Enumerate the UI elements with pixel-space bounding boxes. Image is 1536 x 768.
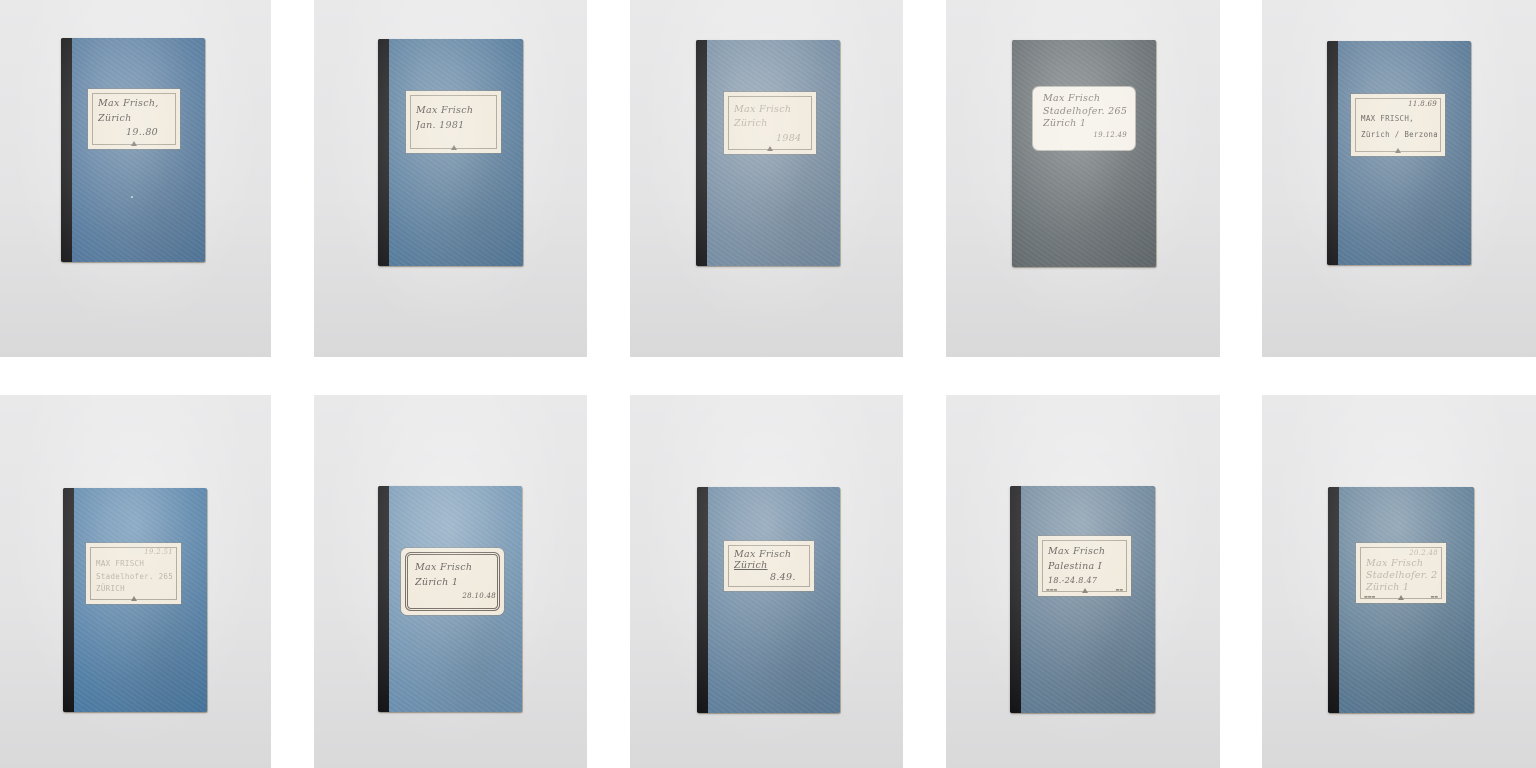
label-line: Zürich / Berzona [1361, 129, 1437, 141]
notebook-label: Max Frisch Zürich 8.49. [724, 541, 814, 591]
label-date: 11.8.69 [1361, 100, 1437, 109]
label-date: 20.2.48 [1366, 549, 1438, 557]
label-footer: ▬▬▬▬▬ [1046, 587, 1123, 592]
label-line: Palestina I [1048, 561, 1123, 573]
publisher-logo-icon [1395, 148, 1401, 153]
label-line: Max Frisch [734, 104, 808, 115]
notebook-label: 11.8.69 MAX FRISCH, Zürich / Berzona [1351, 94, 1445, 156]
notebook-cover: 11.8.69 MAX FRISCH, Zürich / Berzona [1327, 41, 1471, 265]
label-line: 1984 [734, 133, 808, 144]
notebook-cover: 20.2.48 Max Frisch Stadelhofer. 265 Züri… [1328, 487, 1474, 713]
photo-panel-6: 19.2.51 MAX FRISCH Stadelhofer. 265 ZÜRI… [0, 395, 271, 768]
notebook-spine [696, 40, 707, 266]
label-footer: ▬▬▬▬▬ [1364, 594, 1438, 599]
photo-panel-1: Max Frisch, Zürich 19..80 [0, 0, 271, 357]
notebook-cover: Max Frisch Palestina I 18.-24.8.47 ▬▬▬▬▬ [1010, 486, 1155, 713]
notebook-spine [697, 487, 708, 713]
notebook-label: 19.2.51 MAX FRISCH Stadelhofer. 265 ZÜRI… [86, 543, 181, 604]
notebook-label: Max Frisch Zürich 1 28.10.48 [401, 548, 504, 615]
label-line: Zürich 1 [1043, 118, 1127, 130]
notebook-spine [1327, 41, 1338, 265]
notebook-cover: Max Frisch Zürich 8.49. [697, 487, 840, 713]
notebook-label: Max Frisch Palestina I 18.-24.8.47 ▬▬▬▬▬ [1038, 536, 1131, 596]
label-date: 19.12.49 [1043, 131, 1127, 140]
label-line: MAX FRISCH [96, 558, 173, 569]
label-line: Stadelhofer. 265 [1043, 106, 1127, 118]
notebook-label: Max Frisch, Zürich 19..80 [88, 89, 180, 149]
notebook-label: 20.2.48 Max Frisch Stadelhofer. 265 Züri… [1356, 543, 1446, 603]
notebook-spine [63, 488, 74, 712]
label-line: Max Frisch [1048, 546, 1123, 558]
label-line: Jan. 1981 [416, 120, 493, 132]
label-line: Zürich [734, 118, 808, 129]
notebook-spine [61, 38, 72, 262]
notebook-spine [1328, 487, 1339, 713]
label-date: 19.2.51 [96, 548, 173, 556]
label-date: 28.10.48 [415, 592, 496, 601]
label-line: Max Frisch, [98, 98, 172, 110]
photo-panel-9: Max Frisch Palestina I 18.-24.8.47 ▬▬▬▬▬ [946, 395, 1220, 768]
label-line: 18.-24.8.47 [1048, 576, 1123, 585]
notebook-spine [378, 486, 389, 712]
notebook-cover: Max Frisch Jan. 1981 [378, 39, 523, 266]
notebook-spine [378, 39, 389, 266]
photo-panel-3: Max Frisch Zürich 1984 [630, 0, 903, 357]
label-line: Stadelhofer. 265 [96, 571, 173, 582]
notebook-label: Max Frisch Zürich 1984 [724, 92, 816, 154]
label-line: 8.49. [734, 572, 806, 581]
label-line: Zürich [734, 560, 806, 569]
label-line: ZÜRICH [96, 583, 173, 594]
notebook-cover: Max Frisch, Zürich 19..80 [61, 38, 205, 262]
label-line: MAX FRISCH, [1361, 113, 1437, 125]
photo-panel-8: Max Frisch Zürich 8.49. [630, 395, 903, 768]
notebook-cover: Max Frisch Stadelhofer. 265 Zürich 1 19.… [1012, 40, 1156, 267]
publisher-logo-icon [767, 146, 773, 151]
notebook-cover: 19.2.51 MAX FRISCH Stadelhofer. 265 ZÜRI… [63, 488, 207, 712]
label-line: Stadelhofer. 265 [1366, 570, 1438, 581]
publisher-logo-icon [131, 141, 137, 146]
photo-panel-2: Max Frisch Jan. 1981 [314, 0, 587, 357]
label-line: Zürich 1 [415, 577, 496, 589]
label-line: Zürich [98, 113, 172, 125]
photo-panel-7: Max Frisch Zürich 1 28.10.48 [314, 395, 587, 768]
notebook-label: Max Frisch Stadelhofer. 265 Zürich 1 19.… [1033, 87, 1135, 150]
notebook-spine [1010, 486, 1021, 713]
label-line: Max Frisch [415, 562, 496, 574]
label-line: Max Frisch [1043, 93, 1127, 105]
notebook-cover: Max Frisch Zürich 1 28.10.48 [378, 486, 522, 712]
notebook-cover: Max Frisch Zürich 1984 [696, 40, 840, 266]
photo-panel-10: 20.2.48 Max Frisch Stadelhofer. 265 Züri… [1262, 395, 1536, 768]
photo-panel-5: 11.8.69 MAX FRISCH, Zürich / Berzona [1262, 0, 1536, 357]
label-line: Max Frisch [734, 549, 806, 558]
label-line: Max Frisch [416, 105, 493, 117]
label-line: Zürich 1 [1366, 582, 1438, 593]
publisher-logo-icon [451, 145, 457, 150]
notebook-label: Max Frisch Jan. 1981 [406, 91, 501, 153]
label-line: Max Frisch [1366, 558, 1438, 569]
publisher-logo-icon [131, 596, 137, 601]
photo-panel-4: Max Frisch Stadelhofer. 265 Zürich 1 19.… [946, 0, 1220, 357]
label-line: 19..80 [98, 127, 172, 139]
